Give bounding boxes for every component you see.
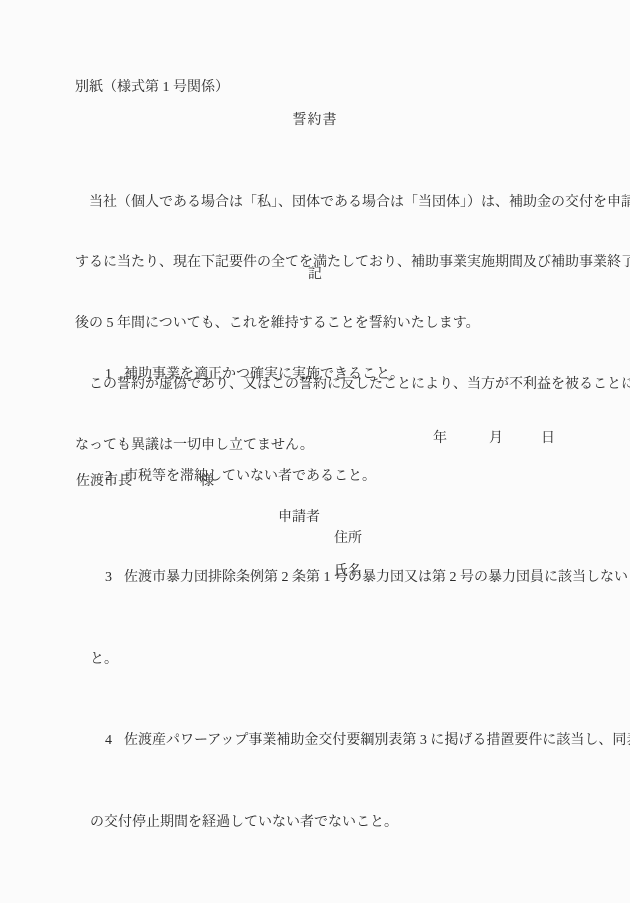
month-label: 月 bbox=[489, 429, 503, 449]
address-label: 住所 bbox=[334, 529, 362, 549]
honorific-label: 様 bbox=[200, 472, 214, 492]
form-annotation: 別紙（様式第 1 号関係） bbox=[75, 78, 229, 98]
mayor-label: 佐渡市長 bbox=[76, 472, 132, 492]
date-line: 年 月 日 bbox=[0, 429, 630, 449]
document-title: 誓約書 bbox=[0, 111, 630, 131]
condition-list: 1補助事業を適正かつ確実に実施できること。 2市税等を滞納していない者であること… bbox=[84, 304, 562, 874]
year-label: 年 bbox=[433, 429, 447, 449]
item-number: 4 bbox=[105, 731, 124, 751]
item-text: 補助事業を適正かつ確実に実施できること。 bbox=[124, 367, 404, 382]
pledge-line: 当社（個人である場合は「私」、団体である場合は「当団体」）は、補助金の交付を申請 bbox=[75, 193, 559, 213]
condition-item-4-continuation: の交付停止期間を経過していない者でないこと。 bbox=[84, 813, 562, 833]
pledge-document-page: 別紙（様式第 1 号関係） 誓約書 当社（個人である場合は「私」、団体である場合… bbox=[0, 0, 630, 903]
day-label: 日 bbox=[541, 429, 555, 449]
condition-item-4: 4佐渡産パワーアップ事業補助金交付要綱別表第 3 に掲げる措置要件に該当し、同表 bbox=[84, 711, 562, 772]
condition-item-1: 1補助事業を適正かつ確実に実施できること。 bbox=[84, 345, 562, 406]
condition-item-3: 3佐渡市暴力団排除条例第 2 条第 1 号の暴力団又は第 2 号の暴力団員に該当… bbox=[84, 548, 562, 609]
item-text: 佐渡市暴力団排除条例第 2 条第 1 号の暴力団又は第 2 号の暴力団員に該当し… bbox=[124, 570, 630, 585]
ki-marker: 記 bbox=[0, 265, 630, 285]
applicant-label: 申請者 bbox=[278, 508, 320, 528]
item-number: 1 bbox=[105, 365, 124, 385]
name-label: 氏名 bbox=[334, 562, 362, 582]
condition-item-3-continuation: と。 bbox=[84, 650, 562, 670]
item-number: 3 bbox=[105, 568, 124, 588]
addressee-line: 佐渡市長 様 bbox=[0, 472, 630, 492]
item-text: 佐渡産パワーアップ事業補助金交付要綱別表第 3 に掲げる措置要件に該当し、同表 bbox=[124, 733, 630, 748]
